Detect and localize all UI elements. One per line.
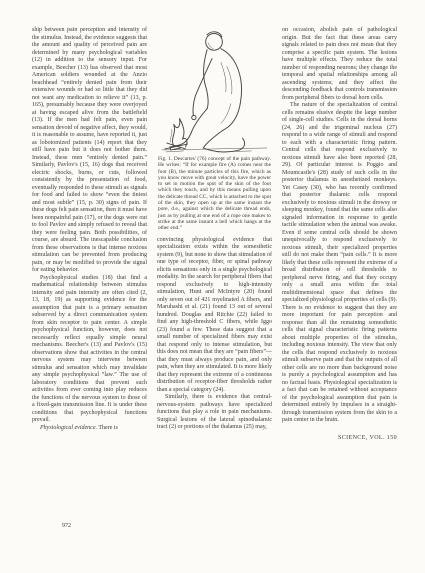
figure-1-caption: Fig. 1. Descartes' (76) concept of the p… <box>158 156 271 232</box>
fire-glyph <box>165 118 188 148</box>
descartes-pain-pathway-engraving <box>158 27 271 153</box>
text-columns: ship between pain perception and intensi… <box>32 27 397 442</box>
paragraph-right-1: on occasion, abolish pain of pathologica… <box>282 27 397 102</box>
paragraph-left-2: Psychophysical studies (18) that find a … <box>32 275 147 425</box>
scanned-paper-page: ship between pain perception and intensi… <box>0 0 425 573</box>
left-column: ship between pain perception and intensi… <box>32 27 147 442</box>
paragraph-middle-2: Similarly, there is evidence that centra… <box>157 394 272 432</box>
middle-column: Fig. 1. Descartes' (76) concept of the p… <box>157 27 272 442</box>
italic-lead-physiological-evidence: Physiological evidence. <box>40 425 97 431</box>
right-column: on occasion, abolish pain of pathologica… <box>282 27 397 442</box>
page-number: 972 <box>62 523 71 529</box>
paragraph-middle-1: convincing physiological evidence that s… <box>157 237 272 395</box>
figure-1-block: Fig. 1. Descartes' (76) concept of the p… <box>157 27 272 232</box>
journal-footer: SCIENCE, VOL. 150 <box>282 435 397 443</box>
paragraph-right-2: The nature of the specialization of cent… <box>282 102 397 425</box>
paragraph-left-3-continuation: There is <box>97 425 118 431</box>
paragraph-left-3: Physiological evidence. There is <box>32 425 147 433</box>
paragraph-left-1: ship between pain perception and intensi… <box>32 27 147 275</box>
kneeling-figure-glyph <box>170 32 245 152</box>
